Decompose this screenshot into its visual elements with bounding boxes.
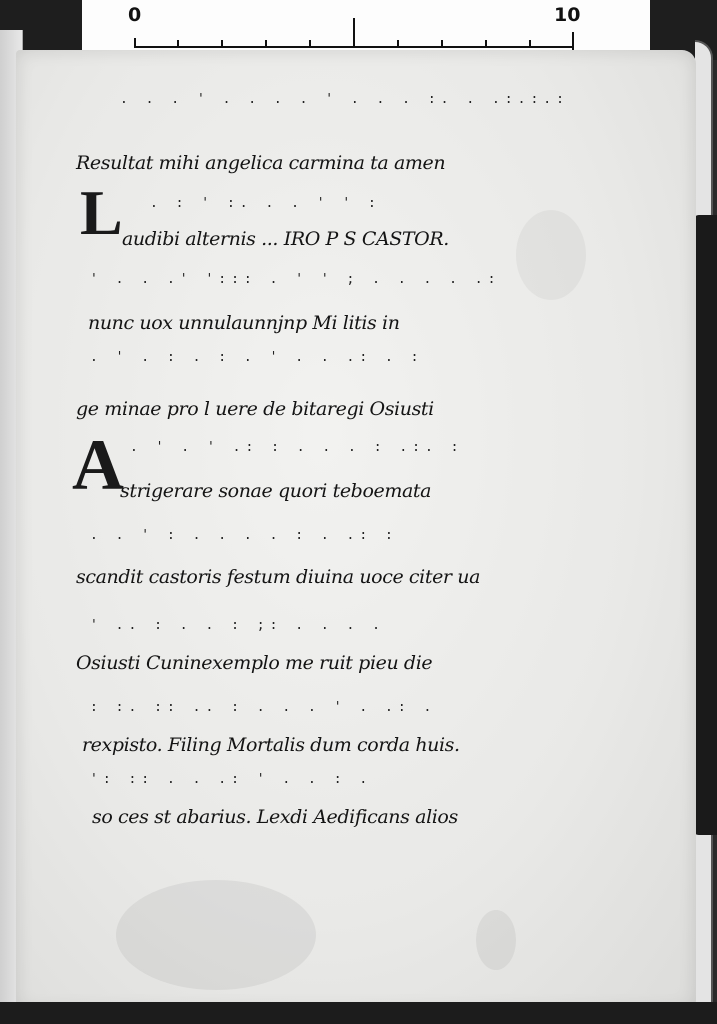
decorated-initial-L: L <box>80 176 123 250</box>
page-stain <box>476 910 516 970</box>
text-line: rexpisto. Filing Mortalis dum corda huis… <box>82 734 460 756</box>
page-stain <box>516 210 586 300</box>
ruler-tick <box>572 32 574 50</box>
binding-tab <box>693 215 717 835</box>
table-surface <box>0 1002 717 1024</box>
text-line: Resultat mihi angelica carmina ta amen <box>76 152 445 174</box>
text-line: strigerare sonae quori teboemata <box>120 480 431 502</box>
decorated-initial-A: A <box>72 424 124 507</box>
ruler-tick <box>397 40 399 48</box>
neume-row: ': :: . . .: ' . . : . <box>90 772 372 787</box>
ruler-tick <box>485 40 487 48</box>
text-line: nunc uox unnulaunnjnp Mi litis in <box>88 312 400 334</box>
neume-row: ' . . .' '::: . ' ' ; . . . . .: <box>90 272 500 287</box>
measurement-ruler: 0 10 <box>82 0 650 52</box>
neume-row: . ' . ' .: : . . . : .:. : <box>130 440 464 455</box>
ruler-tick <box>529 40 531 48</box>
neume-row: . ' . : . : . ' . . .: . : <box>90 350 424 365</box>
text-line: so ces st abarius. Lexdi Aedificans alio… <box>92 806 458 828</box>
neume-row: . . . ' . . . . ' . . . :. . .:.:.: <box>120 92 569 107</box>
text-line: scandit castoris festum diuina uoce cite… <box>76 566 480 588</box>
page-stain <box>116 880 316 990</box>
text-line: Osiusti Cuninexemplo me ruit pieu die <box>76 652 432 674</box>
ruler-tick <box>221 40 223 48</box>
ruler-tick <box>441 40 443 48</box>
ruler-tick <box>265 40 267 48</box>
ruler-tick <box>134 38 136 48</box>
text-line: audibi alternis ... IRO P S CASTOR. <box>122 228 449 250</box>
text-line: ge minae pro l uere de bitaregi Osiusti <box>76 398 434 420</box>
ruler-tick <box>177 40 179 48</box>
neume-row: : :. :: .. : . . . ' . .: . <box>90 700 436 715</box>
neume-row: ' .. : . . : ;: . . . . <box>90 618 385 633</box>
ruler-tick-mid <box>353 18 355 48</box>
ruler-label-start: 0 <box>128 4 141 26</box>
neume-row: . . ' : . . . . : . .: : <box>90 528 398 543</box>
ruler-label-end: 10 <box>554 4 580 26</box>
neume-row: . : ' :. . . ' ' : <box>150 196 381 211</box>
ruler-tick <box>309 40 311 48</box>
